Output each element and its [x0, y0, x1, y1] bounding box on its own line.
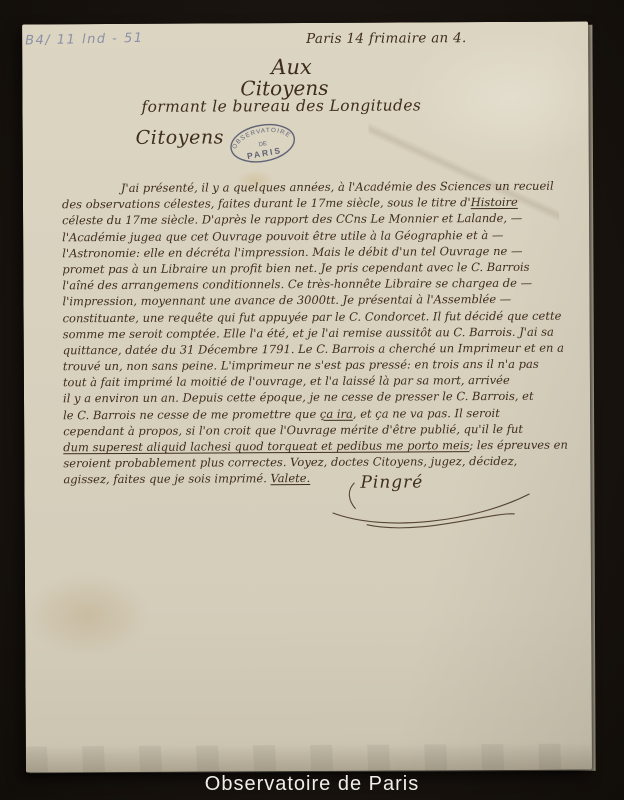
address-line-3: formant le bureau des Longitudes — [141, 96, 421, 115]
observatoire-stamp-icon: OBSERVATOIRE DE PARIS — [223, 114, 302, 172]
manuscript-line: céleste du 17me siècle. D'après le rappo… — [62, 210, 584, 229]
letter-body: J'ai présenté, il y a quelques années, à… — [62, 178, 586, 488]
signature-flourish-icon — [324, 478, 539, 541]
photo-caption: Observatoire de Paris — [0, 771, 624, 800]
manuscript-line: il y a environ un an. Depuis cette époqu… — [63, 388, 585, 407]
stamp-text-bottom: PARIS — [246, 145, 283, 161]
archive-annotation: B4/ 11 lnd - 51 — [25, 31, 144, 49]
letter-paper: B4/ 11 lnd - 51 Paris 14 frimaire an 4. … — [22, 22, 592, 773]
photo-background: B4/ 11 lnd - 51 Paris 14 frimaire an 4. … — [0, 0, 624, 800]
salutation: Citoyens — [136, 126, 225, 148]
manuscript-line: seroient probablement plus correctes. Vo… — [63, 453, 585, 472]
dateline: Paris 14 frimaire an 4. — [306, 30, 467, 47]
